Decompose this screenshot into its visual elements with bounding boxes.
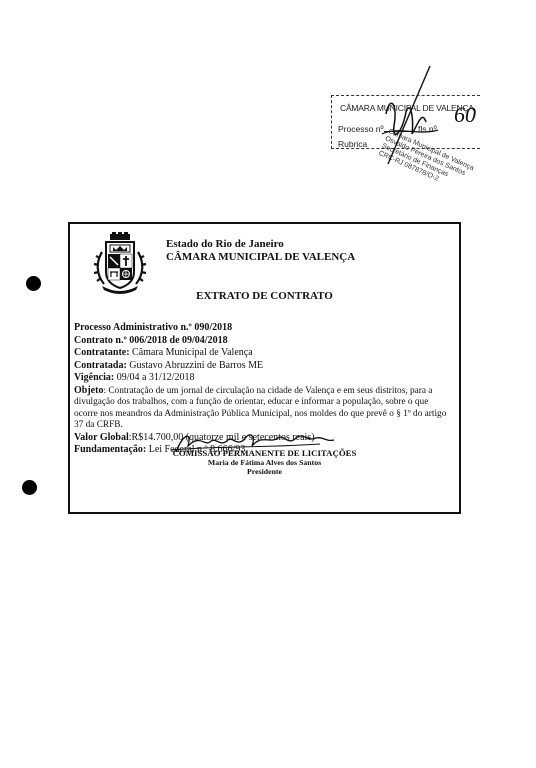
stamp-rubrica-label: Rubrica: [338, 139, 367, 149]
signature-block: COMISSÃO PERMANENTE DE LICITAÇÕES Maria …: [70, 436, 459, 464]
field-vigencia: Vigência: 09/04 a 31/12/2018: [74, 372, 454, 385]
punch-hole: [22, 480, 37, 495]
committee-name: COMISSÃO PERMANENTE DE LICITAÇÕES: [70, 448, 459, 458]
contract-extract-box: Estado do Rio de Janeiro CÂMARA MUNICIPA…: [68, 222, 461, 514]
field-contrato: Contrato n.º 006/2018 de 09/04/2018: [74, 335, 454, 348]
institution-name: CÂMARA MUNICIPAL DE VALENÇA: [166, 251, 355, 263]
field-objeto: Objeto: Contratação de um jornal de circ…: [74, 385, 454, 432]
field-contratada: Contratada: Gustavo Abruzzini de Barros …: [74, 360, 454, 373]
coat-of-arms-icon: [92, 232, 148, 294]
state-name: Estado do Rio de Janeiro: [166, 238, 284, 250]
signatory-name: Maria de Fátima Alves dos Santos: [70, 458, 459, 467]
punch-hole: [26, 276, 41, 291]
signatory-role: Presidente: [70, 467, 459, 476]
handwritten-signature-icon: [378, 64, 468, 174]
document-title: EXTRATO DE CONTRATO: [70, 290, 459, 302]
field-contratante: Contratante: Câmara Municipal de Valença: [74, 347, 454, 360]
field-processo: Processo Administrativo n.º 090/2018: [74, 322, 454, 335]
